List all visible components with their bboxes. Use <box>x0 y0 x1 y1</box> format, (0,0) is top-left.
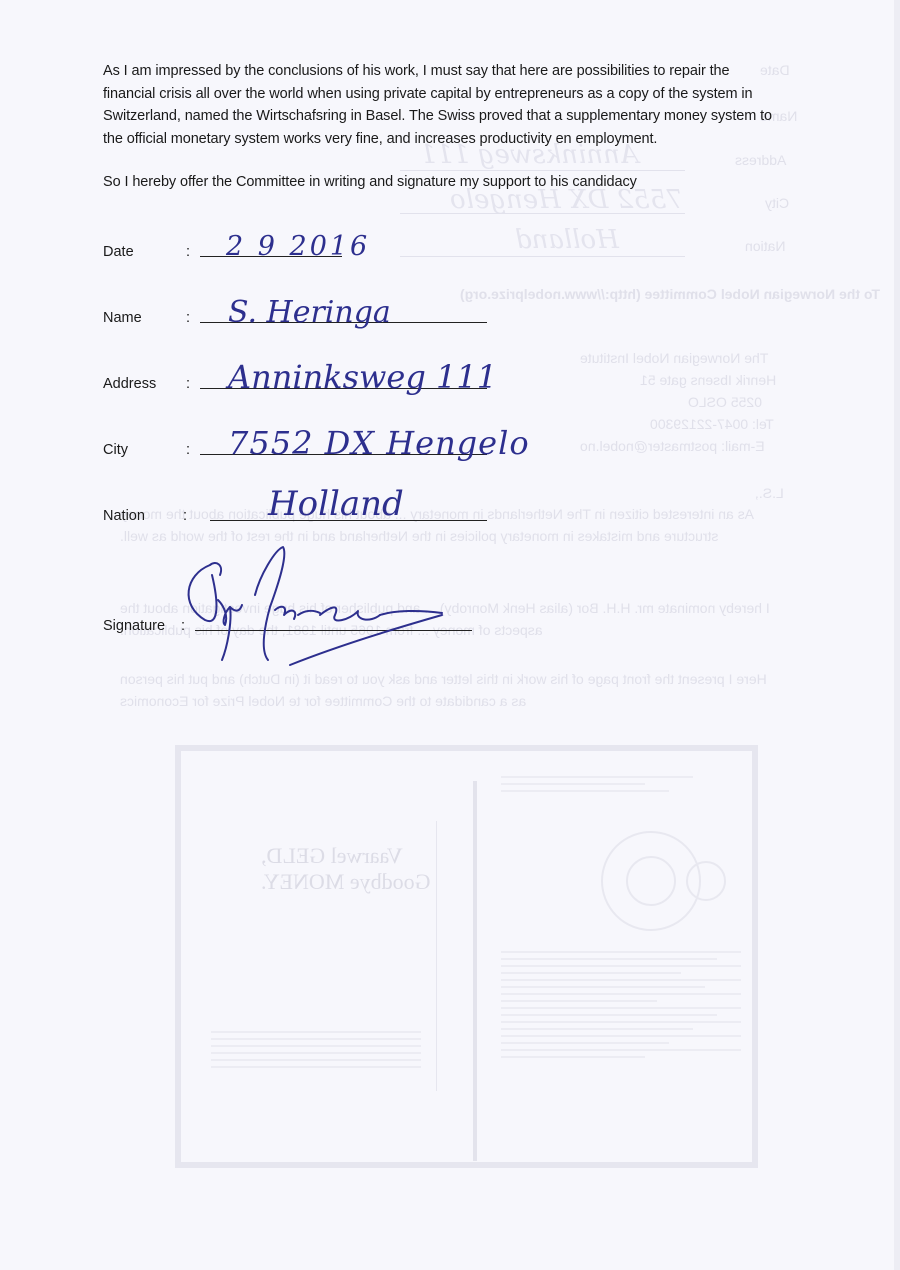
bleed-book-cover: Vaarwel GELD, Goodbye MONEY. <box>175 745 758 1168</box>
handwritten-date: 2 9 2016 <box>226 231 370 262</box>
bleed-label-address: Address <box>735 152 786 168</box>
bleed-paragraph: Here I present the front page of his wor… <box>120 668 780 712</box>
form-label-address: Address <box>103 376 156 392</box>
form-row-date: Date : 2 9 2016 <box>103 230 803 260</box>
bleed-cover-title: Vaarwel GELD, Goodbye MONEY. <box>261 843 430 895</box>
letter-paragraph: As I am impressed by the conclusions of … <box>103 60 783 150</box>
form-colon: : <box>186 376 190 392</box>
form-colon: : <box>186 310 190 326</box>
form-colon: : <box>186 244 190 260</box>
form-row-nation: Nation : Holland <box>103 494 803 524</box>
page-edge <box>894 0 900 1270</box>
bleed-address-line: 0255 OSLO <box>688 391 762 413</box>
form-row-address: Address : Anninksweg 111 <box>103 362 803 392</box>
handwritten-nation: Holland <box>268 484 404 524</box>
scanned-page: Date Name Address City Nation Anninksweg… <box>0 0 900 1270</box>
form-label-signature: Signature <box>103 618 165 634</box>
form-label-city: City <box>103 442 128 458</box>
signature-scribble <box>180 545 460 670</box>
handwritten-name: S. Heringa <box>228 295 391 330</box>
form-row-city: City : 7552 DX Hengelo <box>103 428 803 458</box>
letter-paragraph: So I hereby offer the Committee in writi… <box>103 171 783 194</box>
form-label-date: Date <box>103 244 134 260</box>
form-label-nation: Nation <box>103 508 145 524</box>
handwritten-city: 7552 DX Hengelo <box>228 424 530 462</box>
form-colon: : <box>183 508 187 524</box>
form-colon: : <box>186 442 190 458</box>
bleed-label-city: City <box>765 195 789 211</box>
form-label-name: Name <box>103 310 142 326</box>
form-row-name: Name : S. Heringa <box>103 296 803 326</box>
handwritten-address: Anninksweg 111 <box>228 358 497 396</box>
